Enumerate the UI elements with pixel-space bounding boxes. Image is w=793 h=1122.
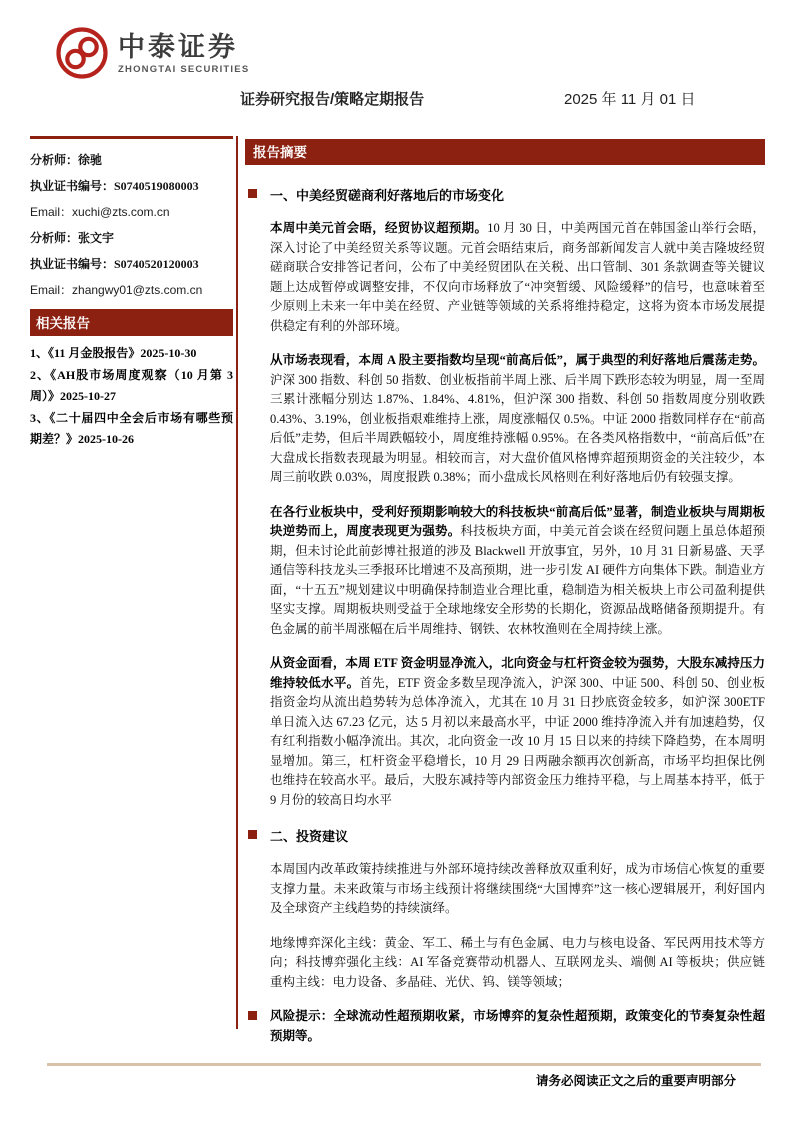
email-value: zhangwy01@zts.com.cn xyxy=(72,283,202,297)
brand-logo: 中泰证券 ZHONGTAI SECURITIES xyxy=(55,26,249,80)
content-divider-line xyxy=(236,136,238,1029)
brand-name-en: ZHONGTAI SECURITIES xyxy=(118,64,249,75)
section-1-paragraph-1: 本周中美元首会晤，经贸协议超预期。10 月 30 日，中美两国元首在韩国釜山举行… xyxy=(270,219,765,336)
zhongtai-logo-icon xyxy=(55,26,109,80)
section-1-paragraph-3: 在各行业板块中，受利好预期影响较大的科技板块“前高后低”显著，制造业板块与周期板… xyxy=(270,503,765,640)
analyst-2-name: 分析师：张文宇 xyxy=(30,231,233,246)
bullet-square-icon xyxy=(248,189,257,198)
bullet-square-icon xyxy=(248,830,257,839)
bullet-square-icon xyxy=(248,1011,257,1020)
brand-text: 中泰证券 ZHONGTAI SECURITIES xyxy=(118,32,249,75)
email-label: Email： xyxy=(30,205,72,219)
section-1-paragraph-2: 从市场表现看，本周 A 股主要指数均呈现“前高后低”，属于典型的利好落地后震荡走… xyxy=(270,351,765,488)
section-2-paragraph-1: 本周国内改革政策持续推进与外部环境持续改善释放双重利好，成为市场信心恢复的重要支… xyxy=(270,860,765,919)
email-label: Email： xyxy=(30,283,72,297)
analyst-1-email: Email：xuchi@zts.com.cn xyxy=(30,205,233,220)
analyst-2-email: Email：zhangwy01@zts.com.cn xyxy=(30,283,233,298)
analyst-2-cert: 执业证书编号：S0740520120003 xyxy=(30,257,233,272)
analyst-block: 分析师：徐驰 执业证书编号：S0740519080003 Email：xuchi… xyxy=(30,153,233,298)
section-1-title: 一、中美经贸磋商利好落地后的市场变化 xyxy=(270,185,504,204)
report-page: 中泰证券 ZHONGTAI SECURITIES 证券研究报告/策略定期报告 2… xyxy=(0,0,793,1122)
report-summary: 报告摘要 一、中美经贸磋商利好落地后的市场变化 本周中美元首会晤，经贸协议超预期… xyxy=(245,139,765,1046)
related-reports-title: 相关报告 xyxy=(30,309,233,336)
analyst-1-name: 分析师：徐驰 xyxy=(30,153,233,168)
paragraph-text: 科技板块方面，中美元首会谈在经贸问题上虽总体超预期，但未讨论此前彭博社报道的涉及… xyxy=(270,524,765,636)
sidebar-top-rule xyxy=(30,136,233,139)
footer-rule xyxy=(47,1063,761,1066)
related-reports-list: 1、《11 月金股报告》2025-10-30 2、《AH股市场周度观察（10 月… xyxy=(30,343,233,450)
footer-disclaimer: 请务必阅读正文之后的重要声明部分 xyxy=(536,1071,736,1089)
related-report-item: 3、《二十届四中全会后市场有哪些预期差？》2025-10-26 xyxy=(30,408,233,450)
paragraph-text: 首先，ETF 资金多数呈现净流入，沪深 300、中证 500、科创 50、创业板… xyxy=(270,676,765,807)
risk-warning-text: 风险提示：全球流动性超预期收紧，市场博弈的复杂性超预期，政策变化的节奏复杂性超预… xyxy=(270,1007,765,1046)
report-date: 2025 年 11 月 01 日 xyxy=(564,88,695,109)
paragraph-text: 10 月 30 日，中美两国元首在韩国釜山举行会晤，深入讨论了中美经贸关系等议题… xyxy=(270,221,765,333)
related-report-item: 2、《AH股市场周度观察（10 月第 3 周）》2025-10-27 xyxy=(30,365,233,407)
section-1-paragraph-4: 从资金面看，本周 ETF 资金明显净流入，北向资金与杠杆资金较为强势，大股东减持… xyxy=(270,654,765,810)
analyst-1-cert: 执业证书编号：S0740519080003 xyxy=(30,179,233,194)
related-report-item: 1、《11 月金股报告》2025-10-30 xyxy=(30,343,233,364)
section-2-title: 二、投资建议 xyxy=(270,826,348,845)
section-1-heading: 一、中美经贸磋商利好落地后的市场变化 xyxy=(248,185,765,204)
section-2-heading: 二、投资建议 xyxy=(248,826,765,845)
paragraph-lead: 本周中美元首会晤，经贸协议超预期。 xyxy=(270,221,487,235)
section-2-paragraph-2: 地缘博弈深化主线：黄金、军工、稀土与有色金属、电力与核电设备、军民两用技术等方向… xyxy=(270,934,765,993)
report-type-title: 证券研究报告/策略定期报告 xyxy=(240,88,424,109)
summary-title-bar: 报告摘要 xyxy=(245,139,765,165)
paragraph-text: 沪深 300 指数、科创 50 指数、创业板指前半周上涨、后半周下跌形态较为明显… xyxy=(270,373,765,485)
brand-name-cn: 中泰证券 xyxy=(118,32,249,62)
paragraph-lead: 从市场表现看，本周 A 股主要指数均呈现“前高后低”，属于典型的利好落地后震荡走… xyxy=(270,353,765,367)
sidebar: 分析师：徐驰 执业证书编号：S0740519080003 Email：xuchi… xyxy=(30,136,233,451)
email-value: xuchi@zts.com.cn xyxy=(72,205,170,219)
risk-warning: 风险提示：全球流动性超预期收紧，市场博弈的复杂性超预期，政策变化的节奏复杂性超预… xyxy=(248,1007,765,1046)
